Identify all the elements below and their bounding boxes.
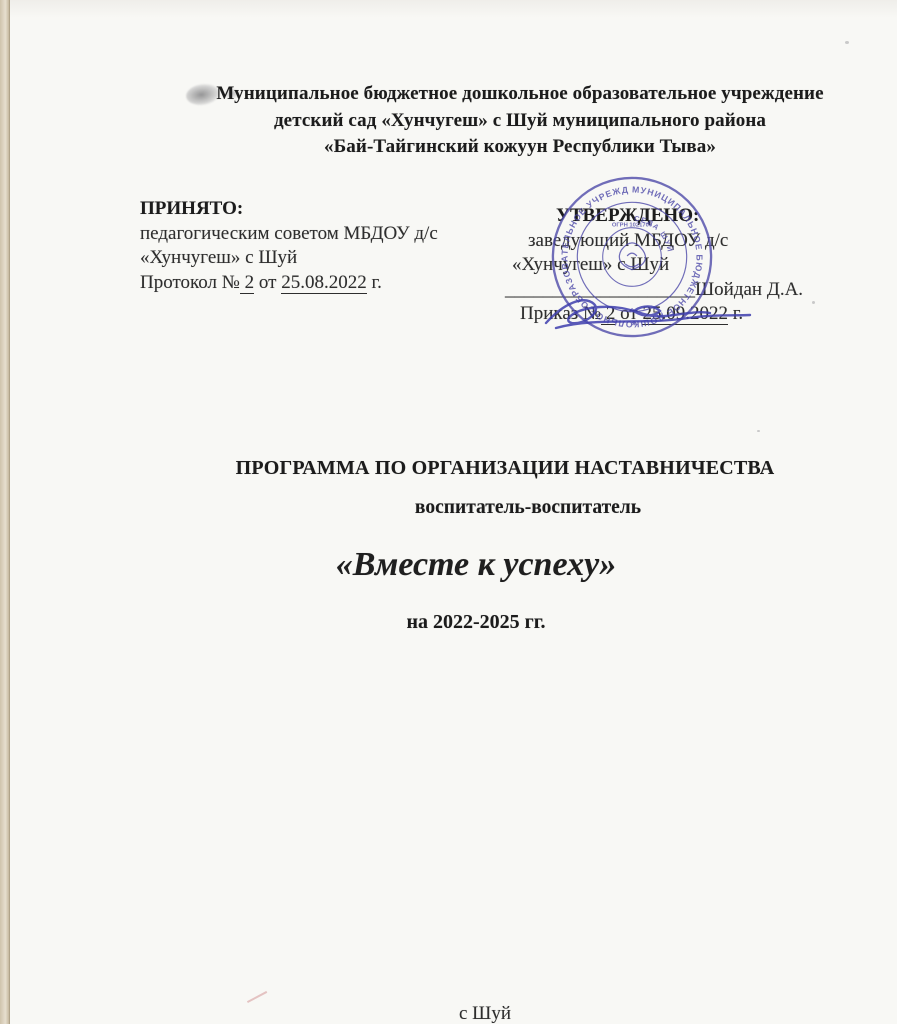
protocol-number: 2 [240,272,254,294]
footer-place: с Шуй [85,1003,885,1024]
scan-speck [812,301,815,304]
protocol-line: Протокол № 2 от 25.08.2022 г. [140,271,438,296]
accepted-title: ПРИНЯТО: [140,197,438,222]
program-period: на 2022-2025 гг. [76,611,876,634]
organization-name-line: Муниципальное бюджетное дошкольное образ… [120,81,897,108]
scan-speck [757,430,760,432]
accepted-block: ПРИНЯТО: педагогическим советом МБДОУ д/… [140,197,438,295]
protocol-between: от [254,272,281,293]
scan-speck [845,41,849,44]
organization-header: Муниципальное бюджетное дошкольное образ… [120,81,897,161]
accepted-line: «Хунчугеш» с Шуй [140,246,438,271]
protocol-suffix: г. [367,272,382,293]
organization-name-line: детский сад «Хунчугеш» с Шуй муниципальн… [120,108,897,135]
stamp-inner-circle [603,228,662,287]
scanned-document-page: Муниципальное бюджетное дошкольное образ… [0,0,897,1024]
page-scan-edge [0,0,10,1024]
stamp-center-emblem [619,243,645,270]
handwritten-signature [538,287,793,337]
accepted-line: педагогическим советом МБДОУ д/с [140,222,438,247]
organization-name-line: «Бай-Тайгинский кожуун Республики Тыва» [120,134,897,161]
stamp-ogrn-text: ОГРН 1021700 [612,223,653,229]
protocol-prefix: Протокол № [140,272,240,293]
program-title: ПРОГРАММА ПО ОРГАНИЗАЦИИ НАСТАВНИЧЕСТВА [105,457,897,480]
protocol-date: 25.08.2022 [281,272,367,294]
program-subtitle: воспитатель-воспитатель [128,497,897,519]
scan-scratch [247,991,267,1003]
program-name: «Вместе к успеху» [76,546,876,584]
signature-stroke [546,300,710,323]
